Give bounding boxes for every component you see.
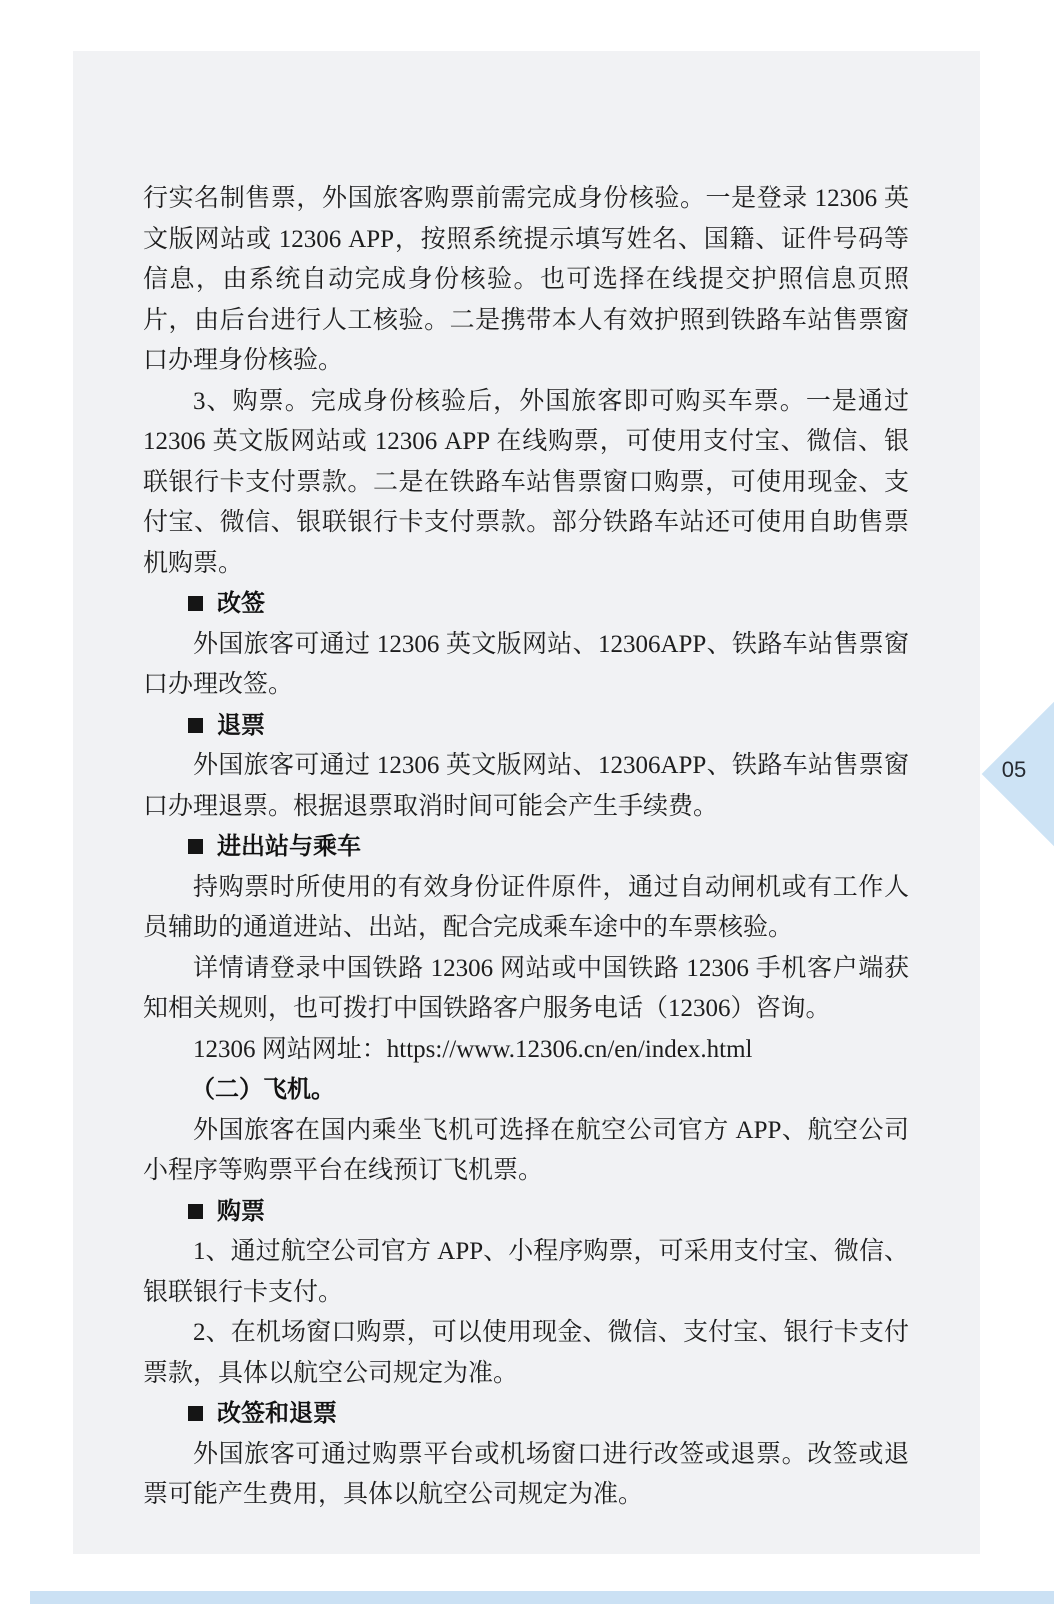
paragraph: 外国旅客在国内乘坐飞机可选择在航空公司官方 APP、航空公司小程序等购票平台在线… [143, 1111, 909, 1192]
page-number: 05 [984, 757, 1044, 783]
paragraph: 详情请登录中国铁路 12306 网站或中国铁路 12306 手机客户端获知相关规… [143, 949, 909, 1030]
section-heading-label: 购票 [217, 1198, 265, 1225]
text-block: 行实名制售票，外国旅客购票前需完成身份核验。一是登录 12306 英文版网站或 … [143, 179, 909, 1516]
paragraph: 行实名制售票，外国旅客购票前需完成身份核验。一是登录 12306 英文版网站或 … [143, 179, 909, 382]
section-heading: 购票 [143, 1192, 909, 1233]
section-heading: 改签 [143, 584, 909, 625]
paragraph: 1、通过航空公司官方 APP、小程序购票，可采用支付宝、微信、银联银行卡支付。 [143, 1232, 909, 1313]
square-bullet-icon [188, 718, 203, 733]
subsection-heading: （二）飞机。 [143, 1070, 909, 1111]
section-heading: 退票 [143, 706, 909, 747]
section-heading-label: 退票 [217, 712, 265, 739]
section-heading-label: 进出站与乘车 [217, 833, 361, 860]
paragraph: 外国旅客可通过购票平台或机场窗口进行改签或退票。改签或退票可能产生费用，具体以航… [143, 1435, 909, 1516]
square-bullet-icon [188, 596, 203, 611]
square-bullet-icon [188, 1204, 203, 1219]
square-bullet-icon [188, 839, 203, 854]
paragraph: 外国旅客可通过 12306 英文版网站、12306APP、铁路车站售票窗口办理退… [143, 746, 909, 827]
square-bullet-icon [188, 1406, 203, 1421]
bottom-accent-bar [30, 1591, 1054, 1604]
paragraph: 3、购票。完成身份核验后，外国旅客即可购买车票。一是通过 12306 英文版网站… [143, 382, 909, 585]
section-heading: 进出站与乘车 [143, 827, 909, 868]
content-panel: 行实名制售票，外国旅客购票前需完成身份核验。一是登录 12306 英文版网站或 … [73, 51, 980, 1554]
section-heading-label: 改签 [217, 590, 265, 617]
section-heading: 改签和退票 [143, 1394, 909, 1435]
paragraph: 持购票时所使用的有效身份证件原件，通过自动闸机或有工作人员辅助的通道进站、出站，… [143, 868, 909, 949]
section-heading-label: 改签和退票 [217, 1400, 337, 1427]
paragraph: 外国旅客可通过 12306 英文版网站、12306APP、铁路车站售票窗口办理改… [143, 625, 909, 706]
paragraph: 12306 网站网址：https://www.12306.cn/en/index… [143, 1030, 909, 1071]
paragraph: 2、在机场窗口购票，可以使用现金、微信、支付宝、银行卡支付票款，具体以航空公司规… [143, 1313, 909, 1394]
